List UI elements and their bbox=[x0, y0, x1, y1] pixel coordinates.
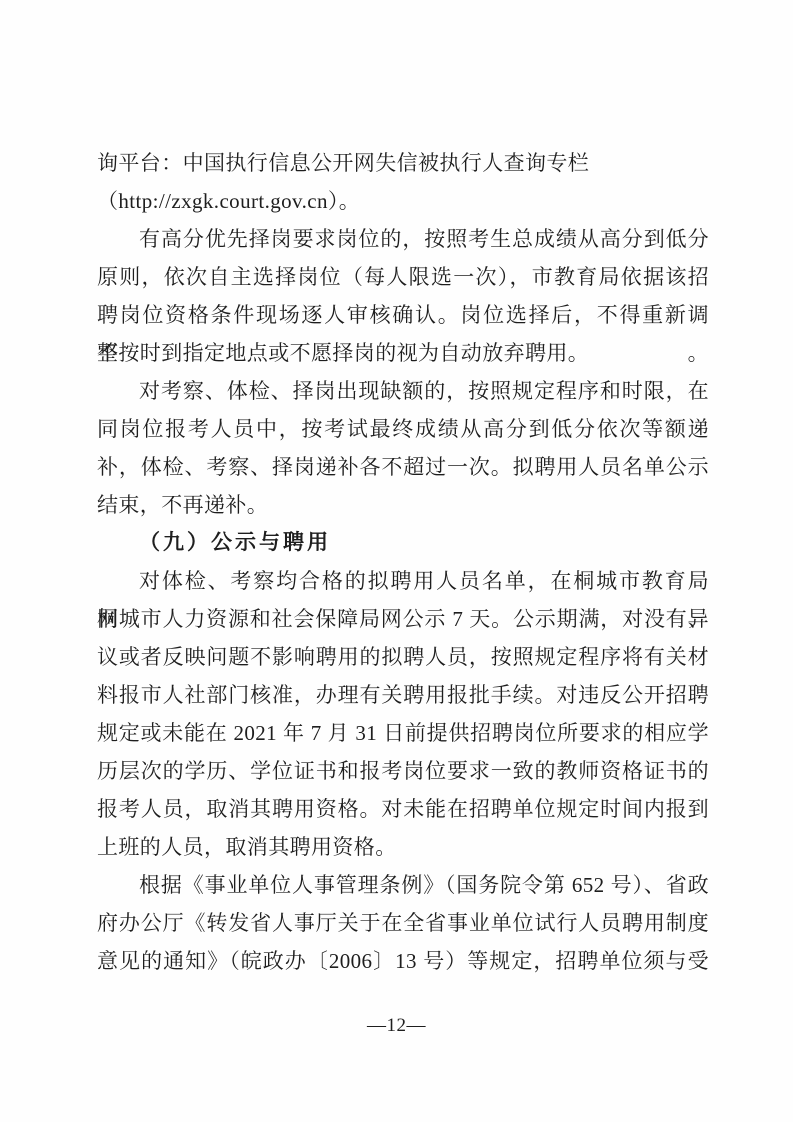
text-line: 对体检、考察均合格的拟聘用人员名单，在桐城市教育局网、 bbox=[97, 562, 709, 600]
text-line: 根据《事业单位人事管理条例》（国务院令第 652 号）、省政 bbox=[97, 866, 709, 904]
text-line: 结束，不再递补。 bbox=[97, 486, 709, 524]
document-page: 询平台：中国执行信息公开网失信被执行人查询专栏 （http://zxgk.cou… bbox=[0, 0, 793, 1122]
page-footer: —12— bbox=[0, 1012, 793, 1040]
text-line: 聘岗位资格条件现场逐人审核确认。岗位选择后，不得重新调整。 bbox=[97, 296, 709, 334]
text-line: 历层次的学历、学位证书和报考岗位要求一致的教师资格证书的 bbox=[97, 752, 709, 790]
text-line: 上班的人员，取消其聘用资格。 bbox=[97, 828, 709, 866]
text-line: 原则，依次自主选择岗位（每人限选一次），市教育局依据该招 bbox=[97, 258, 709, 296]
text-line: 议或者反映问题不影响聘用的拟聘人员，按照规定程序将有关材 bbox=[97, 638, 709, 676]
text-line: 规定或未能在 2021 年 7 月 31 日前提供招聘岗位所要求的相应学 bbox=[97, 714, 709, 752]
text-line: 府办公厅《转发省人事厅关于在全省事业单位试行人员聘用制度 bbox=[97, 904, 709, 942]
text-line: 同岗位报考人员中，按考试最终成绩从高分到低分依次等额递 bbox=[97, 410, 709, 448]
url-text-line: （http://zxgk.court.gov.cn）。 bbox=[97, 182, 709, 220]
section-heading: （九）公示与聘用 bbox=[97, 524, 709, 562]
text-line: 意见的通知》（皖政办〔2006〕13 号）等规定，招聘单位须与受 bbox=[97, 942, 709, 980]
text-line: 有高分优先择岗要求岗位的，按照考生总成绩从高分到低分 bbox=[97, 220, 709, 258]
text-line: 补，体检、考察、择岗递补各不超过一次。拟聘用人员名单公示 bbox=[97, 448, 709, 486]
text-line: 桐城市人力资源和社会保障局网公示 7 天。公示期满，对没有异 bbox=[97, 600, 709, 638]
text-line: 料报市人社部门核准，办理有关聘用报批手续。对违反公开招聘 bbox=[97, 676, 709, 714]
text-line: 询平台：中国执行信息公开网失信被执行人查询专栏 bbox=[97, 144, 709, 182]
text-line: 对考察、体检、择岗出现缺额的，按照规定程序和时限，在 bbox=[97, 372, 709, 410]
page-number: —12— bbox=[367, 1015, 426, 1036]
text-line: 报考人员，取消其聘用资格。对未能在招聘单位规定时间内报到 bbox=[97, 790, 709, 828]
document-body: 询平台：中国执行信息公开网失信被执行人查询专栏 （http://zxgk.cou… bbox=[97, 144, 709, 980]
